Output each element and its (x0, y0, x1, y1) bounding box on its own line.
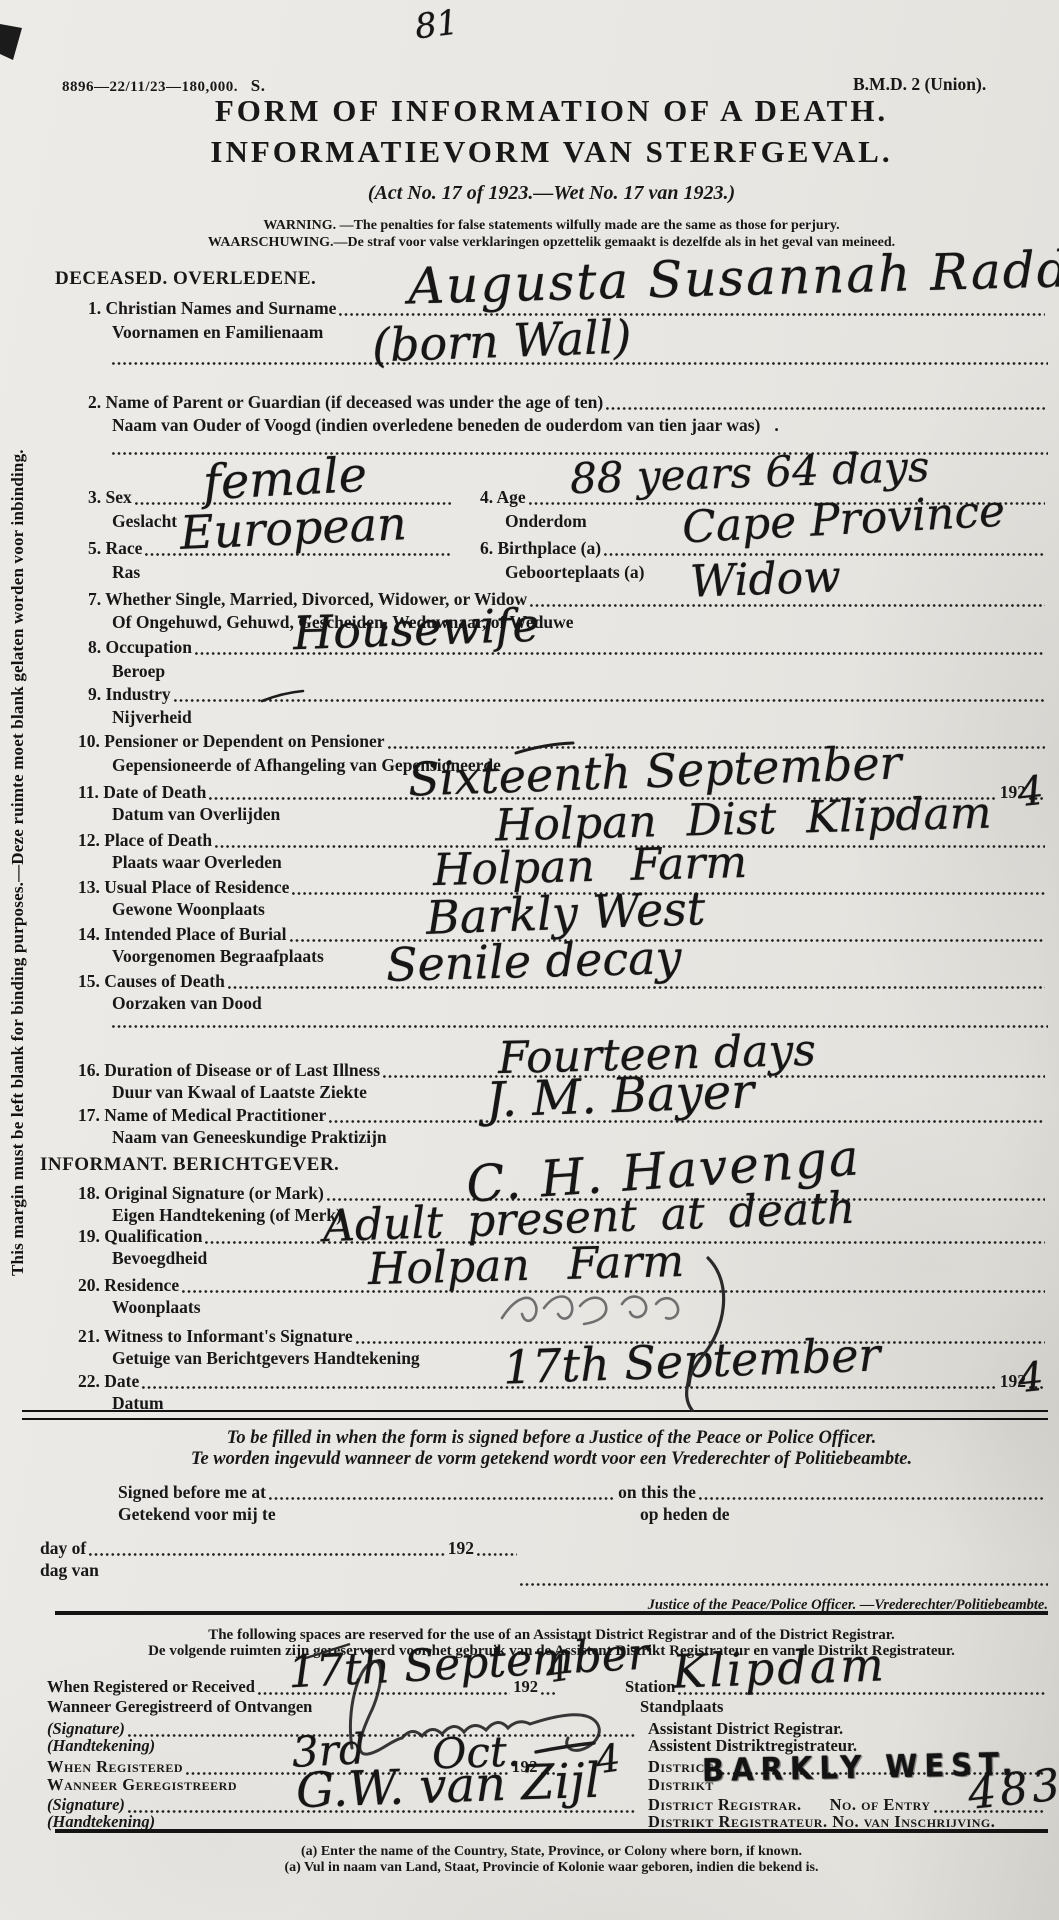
item-18-label-nl: Eigen Handtekening (of Merk) (112, 1205, 342, 1225)
jp-on-this-label: on this the (618, 1482, 696, 1502)
item-19-row-nl: Bevoegdheid (112, 1248, 207, 1268)
item-2-row-nl: Naam van Ouder of Voogd (indien overlede… (112, 415, 779, 435)
item-18-row-nl: Eigen Handtekening (of Merk) (112, 1205, 342, 1225)
maiden-name-handwriting: (born Wall) (371, 313, 632, 368)
jp-on-this-label-nl: op heden de (640, 1504, 729, 1524)
jp-signature-line (520, 1583, 1048, 1586)
item-21-row-nl: Getuige van Berichtgevers Handtekening (112, 1348, 420, 1368)
item-2-leader (606, 407, 1045, 410)
item-17-label-en: 17. Name of Medical Practitioner (78, 1105, 326, 1125)
item-16-label-en: 16. Duration of Disease or of Last Illne… (78, 1060, 380, 1080)
when-received-label-nl: Wanneer Geregistreerd of Ontvangen (47, 1698, 312, 1717)
footnote-dutch: (a) Vul in naam van Land, Staat, Provinc… (55, 1860, 1048, 1876)
act-reference: (Act No. 17 of 1923.—Wet No. 17 van 1923… (55, 182, 1048, 205)
jp-day-leader (89, 1553, 445, 1556)
item-2-label-en: 2. Name of Parent or Guardian (if deceas… (88, 392, 603, 412)
item-13-label-en: 13. Usual Place of Residence (78, 877, 289, 897)
item-14-label-nl: Voorgenomen Begraafplaats (112, 946, 324, 966)
item-18-label-en: 18. Original Signature (or Mark) (78, 1183, 324, 1203)
when-received-row-nl: Wanneer Geregistreerd of Ontvangen (47, 1698, 312, 1717)
item-13-label-nl: Gewone Woonplaats (112, 899, 265, 919)
corner-binding-mark (0, 24, 22, 60)
adr-signature-label-nl: (Handtekening) (47, 1737, 155, 1756)
occupation-handwriting: Housewife (292, 602, 540, 657)
jp-leader-2 (699, 1497, 1045, 1500)
item-5-label-nl: Ras (112, 562, 140, 582)
informant-residence-handwriting: Holpan Farm (367, 1240, 684, 1292)
when-registered-label-nl: Wanneer Geregistreerd (47, 1776, 237, 1795)
section-divider-double-rule (22, 1410, 1048, 1420)
jp-signed-before-row: Signed before me aton this the (118, 1482, 1048, 1502)
item-3-label-nl: Geslacht (112, 511, 177, 531)
registrar-section-rule (55, 1611, 1048, 1615)
jp-signed-before-row-nl: Getekend voor mij te (118, 1504, 276, 1524)
item-19-label-nl: Bevoegdheid (112, 1248, 207, 1268)
item-3-label-en: 3. Sex (88, 487, 132, 507)
footnote-english: (a) Enter the name of the Country, State… (55, 1844, 1048, 1860)
item-12-label-en: 12. Place of Death (78, 830, 212, 850)
item-8-row: 8. Occupation (88, 637, 1048, 657)
item-6-row-nl: Geboorteplaats (a) (505, 562, 645, 582)
item-2-row: 2. Name of Parent or Guardian (if deceas… (88, 392, 1048, 412)
item-15-row-nl: Oorzaken van Dood (112, 993, 262, 1013)
form-title-english: FORM OF INFORMATION OF A DEATH. (55, 93, 1048, 129)
informant-date-handwriting: 17th September (502, 1331, 881, 1390)
adr-signature-row-nl: (Handtekening) (47, 1737, 155, 1756)
blank-continuation-line (112, 1025, 1048, 1028)
item-11-row-nl: Datum van Overlijden (112, 804, 280, 824)
death-form-page: 81 8896—22/11/23—180,000. S. B.M.D. 2 (U… (0, 0, 1059, 1920)
informant-date-year-handwriting: 4 (1016, 1357, 1045, 1399)
item-15-label-en: 15. Causes of Death (78, 971, 225, 991)
item-2-label-nl: Naam van Ouder of Voogd (indien overlede… (112, 415, 760, 435)
jp-day-of-label: day of (40, 1538, 86, 1558)
item-8-row-nl: Beroep (112, 661, 165, 681)
practitioner-handwriting: J. M. Bayer (485, 1067, 755, 1124)
item-20-label-nl: Woonplaats (112, 1297, 201, 1317)
binding-margin-note: This margin must be left blank for bindi… (8, 449, 28, 1276)
when-registered-row-nl: Wanneer Geregistreerd (47, 1776, 237, 1795)
item-3-row-nl: Geslacht (112, 511, 177, 531)
item-5-row-nl: Ras (112, 562, 140, 582)
item-17-label-nl: Naam van Geneeskundige Praktizijn (112, 1127, 387, 1147)
entry-number-handwriting: 483 (966, 1763, 1059, 1817)
item-1-label-nl: Voornamen en Familienaam (112, 322, 323, 342)
jp-year-leader (477, 1553, 517, 1556)
jp-signed-before-label-nl: Getekend voor mij te (118, 1504, 276, 1524)
item-20-leader (182, 1290, 1045, 1293)
item-20-row-nl: Woonplaats (112, 1297, 201, 1317)
section-heading-informant: INFORMANT. BERICHTGEVER. (40, 1154, 339, 1176)
item-8-label-en: 8. Occupation (88, 637, 192, 657)
item-4-row-nl: Onderdom (505, 511, 587, 531)
item-21-label-nl: Getuige van Berichtgevers Handtekening (112, 1348, 420, 1368)
item-9-leader (174, 699, 1045, 702)
item-19-label-en: 19. Qualification (78, 1226, 202, 1246)
district-registrar-signature-handwriting: G.W. van Zijl (295, 1757, 601, 1816)
when-received-year-leader (541, 1692, 557, 1695)
section-heading-deceased: DECEASED. OVERLEDENE. (55, 268, 316, 290)
form-title-dutch: INFORMATIEVORM VAN STERFGEVAL. (55, 134, 1048, 170)
station-row-nl: Standplaats (640, 1698, 723, 1717)
jp-on-this-row-nl: op heden de (640, 1504, 729, 1524)
item-11-label-en: 11. Date of Death (78, 782, 206, 802)
item-13-row-nl: Gewone Woonplaats (112, 899, 265, 919)
jp-day-of-row: day of192 (40, 1538, 520, 1558)
jp-day-of-label-nl: dag van (40, 1560, 99, 1580)
jp-year-printed: 192 (448, 1538, 474, 1558)
item-14-label-en: 14. Intended Place of Burial (78, 924, 287, 944)
registered-date-dash-mark (536, 1743, 594, 1752)
item-16-label-nl: Duur van Kwaal of Laatste Ziekte (112, 1082, 367, 1102)
received-year-handwriting: 4 (544, 1651, 572, 1690)
item-21-label-en: 21. Witness to Informant's Signature (78, 1326, 353, 1346)
jp-signed-before-label: Signed before me at (118, 1482, 266, 1502)
item-9-row-nl: Nijverheid (112, 707, 192, 727)
item-7-leader (530, 604, 1045, 607)
item-4-label-nl: Onderdom (505, 511, 587, 531)
item-14-row-nl: Voorgenomen Begraafplaats (112, 946, 324, 966)
item-9-label-en: 9. Industry (88, 684, 171, 704)
item-15-leader (228, 986, 1045, 989)
jp-day-of-row-nl: dag van (40, 1560, 99, 1580)
item-7-row: 7. Whether Single, Married, Divorced, Wi… (88, 589, 1048, 609)
item-11-label-nl: Datum van Overlijden (112, 804, 280, 824)
item-9-row: 9. Industry (88, 684, 1048, 704)
when-received-label: When Registered or Received (47, 1678, 255, 1697)
item-6-label-en: 6. Birthplace (a) (480, 538, 601, 558)
date-of-death-year-handwriting: 4 (1016, 771, 1045, 813)
race-handwriting: European (179, 500, 407, 556)
jp-note-dutch: Te worden ingevuld wanneer de vorm getek… (55, 1449, 1048, 1470)
station-label-nl: Standplaats (640, 1698, 723, 1717)
marital-status-handwriting: Widow (689, 555, 841, 604)
station-handwriting: Klipdam (671, 1641, 887, 1694)
item-1-label-en: 1. Christian Names and Surname (88, 298, 336, 318)
station-label: Station (625, 1678, 675, 1697)
item-1-row-nl: Voornamen en Familienaam (112, 322, 323, 342)
item-12-row-nl: Plaats waar Overleden (112, 852, 282, 872)
warning-english: WARNING. —The penalties for false statem… (55, 218, 1048, 234)
form-reference: B.M.D. 2 (Union). (853, 74, 986, 95)
item-8-label-nl: Beroep (112, 661, 165, 681)
jp-note-english: To be filled in when the form is signed … (55, 1428, 1048, 1449)
footer-rule (55, 1829, 1048, 1833)
item-10-label-en: 10. Pensioner or Dependent on Pensioner (78, 731, 385, 751)
jp-leader-1 (269, 1497, 615, 1500)
item-6-label-nl: Geboorteplaats (a) (505, 562, 645, 582)
item-16-row-nl: Duur van Kwaal of Laatste Ziekte (112, 1082, 367, 1102)
item-22-label-en: 22. Date (78, 1371, 139, 1391)
item-20-label-en: 20. Residence (78, 1275, 179, 1295)
item-4-label-en: 4. Age (480, 487, 526, 507)
item-5-label-en: 5. Race (88, 538, 142, 558)
item-17-row-nl: Naam van Geneeskundige Praktizijn (112, 1127, 387, 1147)
item-12-label-nl: Plaats waar Overleden (112, 852, 282, 872)
item-9-label-nl: Nijverheid (112, 707, 192, 727)
item-15-label-nl: Oorzaken van Dood (112, 993, 262, 1013)
adr-signature-leader (128, 1734, 637, 1737)
cause-of-death-handwriting: Senile decay (385, 934, 682, 988)
page-number-handwritten: 81 (413, 5, 460, 44)
witness-signature (502, 1297, 678, 1325)
